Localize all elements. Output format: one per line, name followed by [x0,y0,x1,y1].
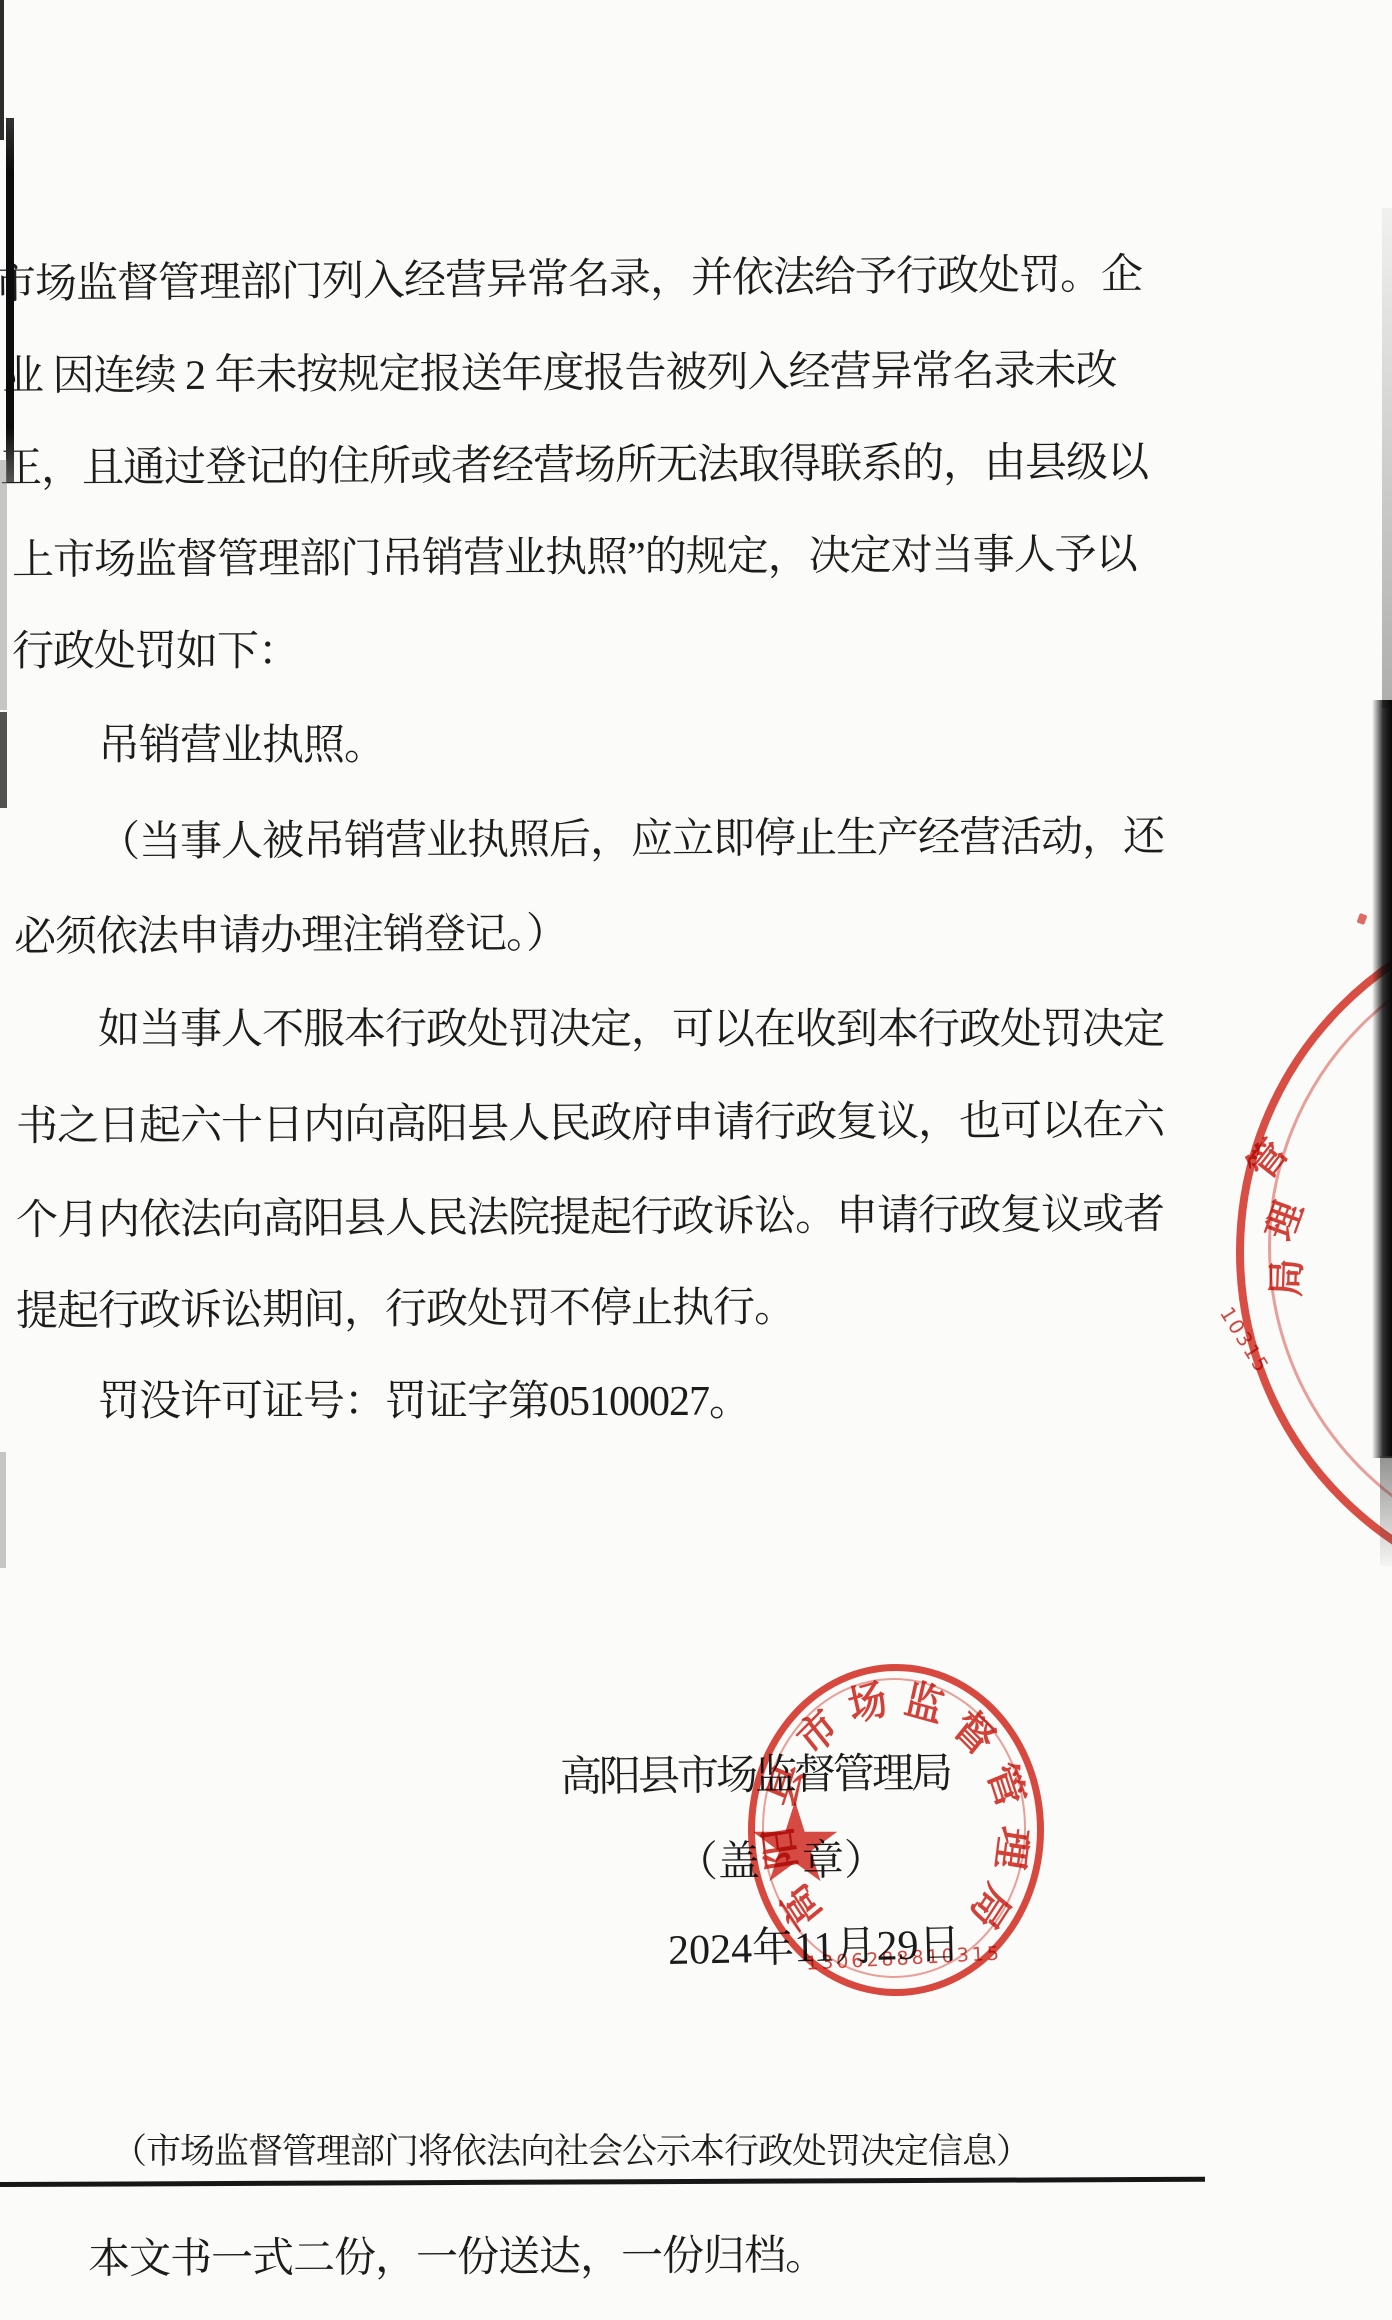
scan-edge-artifact [0,1452,6,1568]
body-line: 如当事人不服本行政处罚决定，可以在收到本行政处罚决定 [98,996,1164,1056]
scanned-document-page: 市场监督管理部门列入经营异常名录，并依法给予行政处罚。企 业 因连续 2 年未按… [0,0,1392,2320]
copies-note: 本文书一式二份，一份送达，一份归档。 [88,2222,826,2286]
body-line: 上市场监督管理部门吊销营业执照”的规定，决定对当事人予以 [12,521,1137,587]
scan-edge-artifact [1382,208,1392,708]
footer-divider-line [0,2177,1205,2187]
penalty-line: 吊销营业执照。 [98,712,385,772]
scan-edge-artifact [0,0,4,140]
scan-edge-artifact [1372,700,1392,1458]
license-number-line: 罚没许可证号：罚证字第05100027。 [98,1368,750,1428]
body-line: 市场监督管理部门列入经营异常名录，并依法给予行政处罚。企 [0,241,1142,311]
edge-seal-char: 局 [1255,1258,1311,1298]
scan-edge-artifact [6,118,14,482]
body-line: 业 因连续 2 年未按规定报送年度报告被列入经营异常名录未改 [2,337,1117,403]
publicity-notice: （市场监督管理部门将依法向社会公示本行政处罚决定信息） [112,2124,1030,2174]
body-line: 必须依法申请办理注销登记。） [14,900,567,964]
body-line: 个月内依法向高阳县人民法院提起行政诉讼。申请行政复议或者 [16,1181,1164,1247]
scan-edge-artifact [0,460,7,710]
body-line: （当事人被吊销营业执照后，应立即停止生产经营活动，还 [98,803,1164,869]
body-line: 正，且通过登记的住所或者经营场所无法取得联系的，由县级以 [0,429,1148,495]
body-line: 提起行政诉讼期间，行政处罚不停止执行。 [16,1274,795,1338]
body-line: 书之日起六十日内向高阳县人民政府申请行政复议，也可以在六 [16,1087,1164,1153]
seal-ink-speck [1357,913,1368,925]
scan-edge-artifact [1380,1456,1392,1566]
scan-edge-artifact [0,712,7,808]
body-line: 行政处罚如下： [12,618,299,678]
